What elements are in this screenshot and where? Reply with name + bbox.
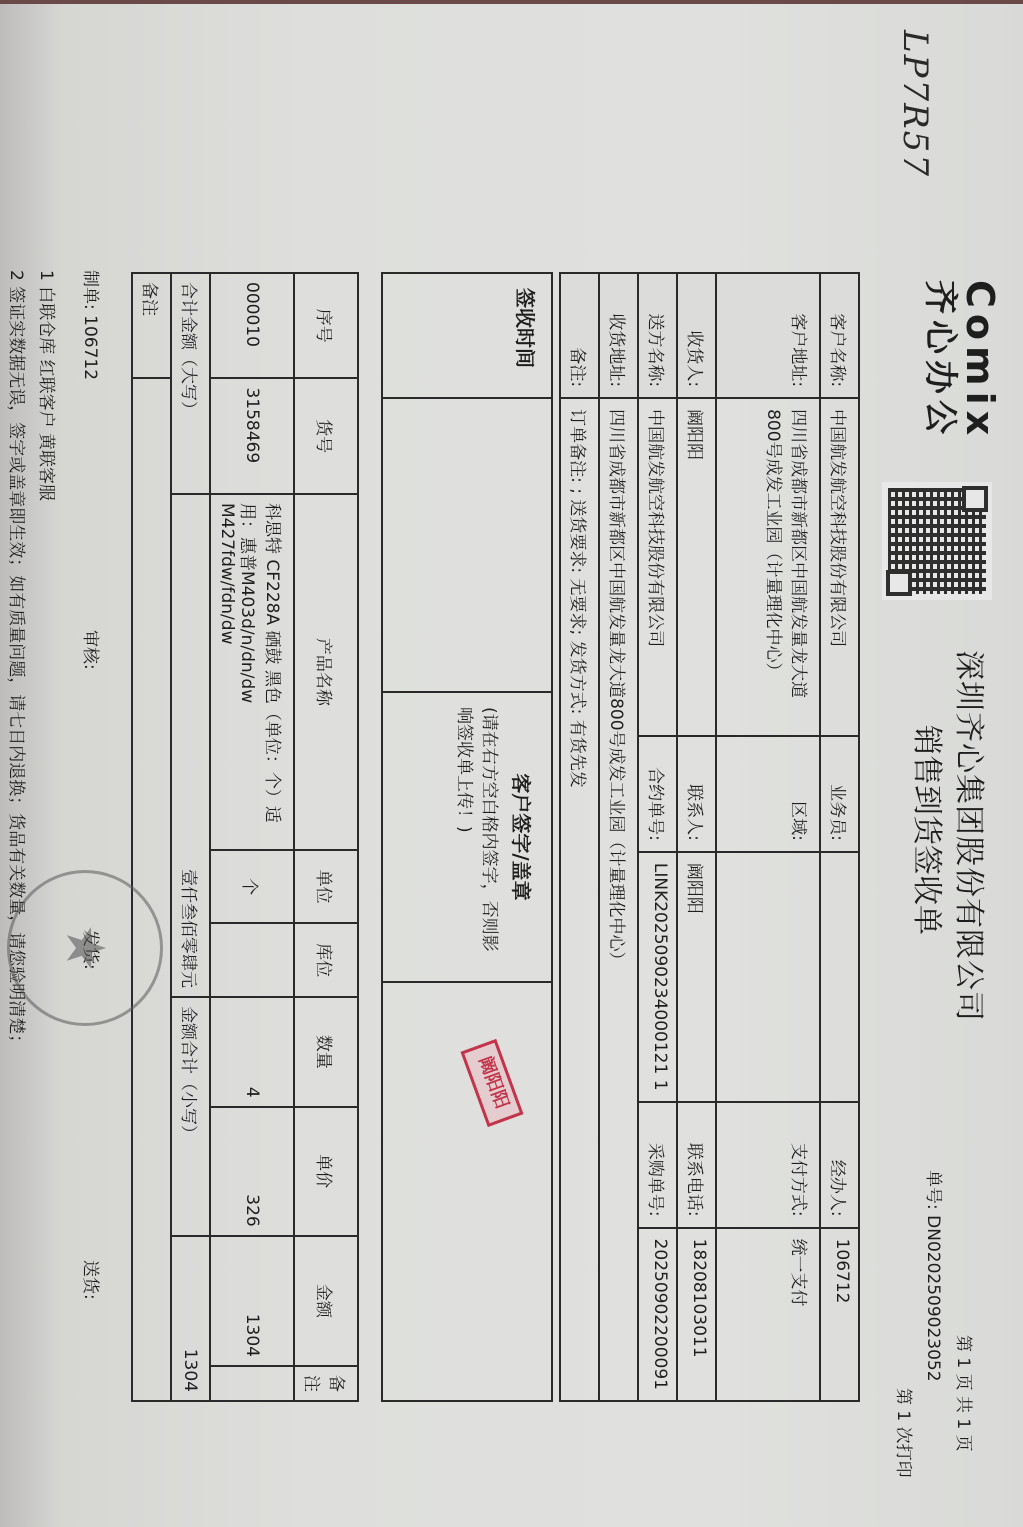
item-qty: 4 <box>210 997 294 1107</box>
receiver-name-stamp: 阚阳阳 <box>460 1039 523 1127</box>
maker: 制单: 106712 <box>75 270 105 630</box>
item-name: 科思特 CF228A 硒鼓 黑色（单位：个）适用：惠普M403d/n/dn/dw… <box>210 494 294 850</box>
customer-signature-field[interactable]: 阚阳阳 <box>382 982 552 1401</box>
col-amount: 金额 <box>294 1236 358 1366</box>
ship-address-label: 收货地址: <box>599 273 638 398</box>
title-block: 深圳齐心集团股份有限公司 销售到货签收单 <box>906 650 990 1150</box>
brand-name-cn: 齐心办公 <box>920 280 960 440</box>
item-seq: 000010 <box>210 273 294 378</box>
customer-name-value: 中国航发航空科技股份有限公司 <box>820 398 859 736</box>
customer-info-table: 客户名称: 中国航发航空科技股份有限公司 业务员: 经办人: 106712 客户… <box>559 272 860 1402</box>
handler-label: 经办人: <box>820 1102 859 1227</box>
item-unit: 个 <box>210 850 294 924</box>
payment-label: 支付方式: <box>716 1102 820 1227</box>
brand-name-en: Comix <box>960 280 1000 440</box>
payment-value: 统一支付 <box>716 1228 820 1401</box>
item-amount: 1304 <box>210 1236 294 1366</box>
sign-time-label: 签收时间 <box>382 273 552 398</box>
company-seal: ★ <box>7 870 163 1026</box>
receiver-label: 收货人: <box>677 273 716 398</box>
company-address: 地址: 深圳市坪山区坑梓丹梓中路18号齐心科技园，电话: 07556682999… <box>0 270 1 1510</box>
brand-logo: Comix 齐心办公 <box>920 280 1000 440</box>
customer-sign-instructions: 客户签字/盖章 (请在右方空白格内签字，否则影响签收单上传！) <box>382 692 552 982</box>
delivery-receipt-page: Comix 齐心办公 深圳齐心集团股份有限公司 销售到货签收单 第 1 页 共 … <box>20 270 1000 1510</box>
total-lower-label: 金额合计（小写） <box>171 997 210 1236</box>
signature-table: 签收时间 客户签字/盖章 (请在右方空白格内签字，否则影响签收单上传！) 阚阳阳 <box>381 272 553 1402</box>
phone-value: 18208103011 <box>677 1228 716 1401</box>
col-sku: 货号 <box>294 378 358 494</box>
col-remark: 备注 <box>294 1366 358 1401</box>
item-sku: 3158469 <box>210 378 294 494</box>
document-info: 第 1 页 共 1 页 单号: DN0202509023052 第 1 次打印 <box>888 1170 978 1510</box>
salesperson-value <box>820 852 859 1103</box>
maker-value: 106712 <box>75 315 105 380</box>
delivery-party-label: 送方名称: <box>638 273 677 398</box>
ship-address-value: 四川省成都市新都区中国航发量龙大道800号成发工业园（计量理化中心） <box>599 398 638 1401</box>
handwritten-note: LP7R57 <box>895 30 935 140</box>
terms-note: 2 签证实数据无误，签字或盖章即生效；如有质量问题，请七日内退换；货品有关数量，… <box>1 270 31 1510</box>
deliverer-label: 送货: <box>75 1260 105 1300</box>
col-qty: 数量 <box>294 997 358 1107</box>
region-value <box>716 852 820 1103</box>
region-label: 区域: <box>716 736 820 852</box>
item-remark <box>210 1366 294 1401</box>
receiver-value: 阚阳阳 <box>677 398 716 736</box>
doc-number-value: DN0202509023052 <box>923 1215 943 1381</box>
col-location: 库位 <box>294 923 358 997</box>
document-header: Comix 齐心办公 深圳齐心集团股份有限公司 销售到货签收单 第 1 页 共 … <box>860 270 1000 1510</box>
items-table: 序号 货号 产品名称 单位 库位 数量 单价 金额 备注 000010 3158… <box>131 272 359 1402</box>
totals-row: 合计金额（大写） 壹仟叁佰零肆元 金额合计（小写） 1304 <box>171 273 210 1401</box>
item-location <box>210 923 294 997</box>
salesperson-label: 业务员: <box>820 736 859 852</box>
items-remark-row: 备注 <box>132 273 171 1401</box>
company-name: 深圳齐心集团股份有限公司 <box>946 650 990 1150</box>
contact-value: 阚阳阳 <box>677 852 716 1103</box>
customer-address-label: 客户地址: <box>716 273 820 398</box>
purchase-no-label: 采购单号: <box>638 1102 677 1227</box>
print-count: 第 1 次打印 <box>888 1170 918 1510</box>
customer-name-label: 客户名称: <box>820 273 859 398</box>
maker-label: 制单: <box>75 270 105 310</box>
col-seq: 序号 <box>294 273 358 378</box>
contract-no-label: 合约单号: <box>638 736 677 852</box>
col-price: 单价 <box>294 1107 358 1236</box>
remark-value: 订单备注: ; 送货要求: 无要求; 发货方式: 有货先发 <box>560 398 599 1401</box>
handler-value: 106712 <box>820 1228 859 1401</box>
purchase-no-value: 20250902200091 <box>638 1228 677 1401</box>
contact-label: 联系人: <box>677 736 716 852</box>
total-lower-value: 1304 <box>171 1236 210 1401</box>
sign-time-field[interactable] <box>382 398 552 692</box>
customer-sign-title: 客户签字/盖章 <box>508 707 537 967</box>
col-product-name: 产品名称 <box>294 494 358 850</box>
customer-sign-hint: (请在右方空白格内签字，否则影响签收单上传！) <box>454 707 504 967</box>
remark-label: 备注: <box>560 273 599 398</box>
items-remark-label: 备注 <box>132 273 171 378</box>
total-upper-label: 合计金额（大写） <box>171 273 210 494</box>
star-icon: ★ <box>54 924 117 972</box>
form-title: 销售到货签收单 <box>906 650 946 1150</box>
col-unit: 单位 <box>294 850 358 924</box>
item-price: 326 <box>210 1107 294 1236</box>
items-header-row: 序号 货号 产品名称 单位 库位 数量 单价 金额 备注 <box>294 273 358 1401</box>
photo-edge <box>0 0 1023 4</box>
contract-no-value: LINK2025090234000121 1 <box>638 852 677 1103</box>
document-footer: 制单: 106712 审核: 发货: 送货: 1 白联仓库 红联客户 黄联客服 … <box>0 270 119 1510</box>
table-row: 000010 3158469 科思特 CF228A 硒鼓 黑色（单位：个）适用：… <box>210 273 294 1401</box>
phone-label: 联系电话: <box>677 1102 716 1227</box>
qr-code-icon <box>882 482 992 600</box>
delivery-party-value: 中国航发航空科技股份有限公司 <box>638 398 677 736</box>
customer-address-value: 四川省成都市新都区中国航发量龙大道800号成发工业园（计量理化中心） <box>716 398 820 736</box>
doc-number: 单号: DN0202509023052 <box>918 1170 948 1510</box>
total-upper-value: 壹仟叁佰零肆元 <box>171 494 210 997</box>
doc-number-label: 单号: <box>923 1170 943 1210</box>
page-info: 第 1 页 共 1 页 <box>948 1170 978 1510</box>
